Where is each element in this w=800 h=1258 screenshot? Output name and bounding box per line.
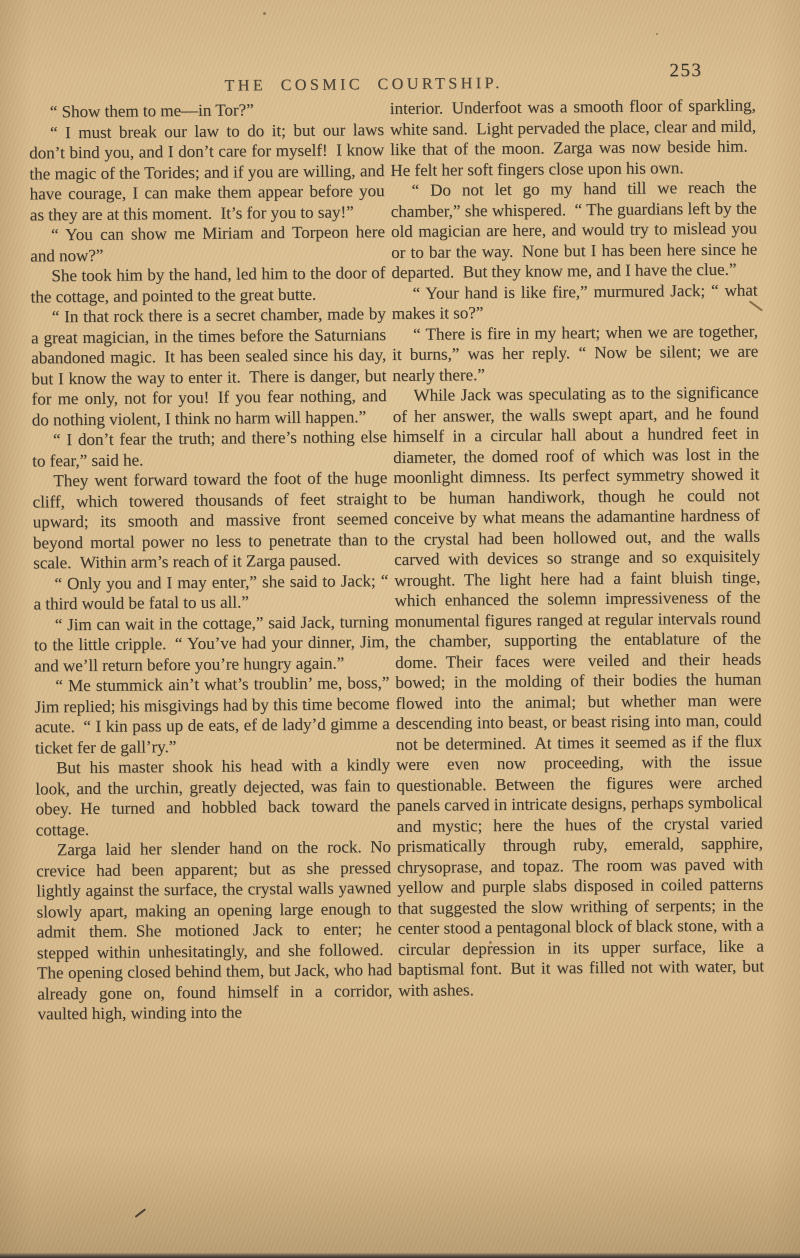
- paragraph: “ I don’t fear the truth; and there’s no…: [32, 427, 387, 471]
- paragraph: She took him by the hand, led him to the…: [30, 263, 385, 307]
- paragraph: “ Your hand is like fire,” murmured Jack…: [392, 280, 758, 325]
- paragraph: “ There is fire in my heart; when we are…: [392, 321, 759, 386]
- speck: [489, 941, 492, 944]
- speck: [263, 12, 266, 15]
- paragraph: interior. Underfoot was a smooth floor o…: [390, 96, 757, 182]
- page-header: THE COSMIC COURTSHIP. 253: [28, 59, 755, 103]
- paragraph: “ Jim can wait in the cottage,” said Jac…: [34, 612, 390, 677]
- speck: [656, 33, 658, 35]
- paragraph: “ Do not let go my hand till we reach th…: [391, 178, 758, 284]
- left-column: “ Show them to me—in Tor?”“ I must break…: [29, 99, 393, 1025]
- pen-mark: [135, 1208, 147, 1218]
- page-content: THE COSMIC COURTSHIP. 253 “ Show them to…: [28, 59, 764, 1025]
- book-page: THE COSMIC COURTSHIP. 253 “ Show them to…: [0, 0, 800, 1258]
- paragraph: “ You can show me Miriam and Torpeon her…: [30, 222, 385, 266]
- page-number: 253: [669, 60, 702, 82]
- photo-edge: [0, 1253, 800, 1258]
- text-columns: “ Show them to me—in Tor?”“ I must break…: [29, 96, 765, 1025]
- paragraph: They went forward toward the foot of the…: [32, 468, 388, 574]
- paragraph: Zarga laid her slender hand on the rock.…: [36, 837, 393, 1025]
- paragraph: While Jack was speculating as to the sig…: [393, 383, 765, 1001]
- running-title: THE COSMIC COURTSHIP.: [225, 75, 503, 96]
- paragraph: “ I must break our law to do it; but our…: [29, 120, 385, 226]
- paragraph: “ Me stummick ain’t what’s troublin’ me,…: [34, 673, 390, 758]
- paragraph: “ Only you and I may enter,” she said to…: [33, 571, 388, 615]
- right-column: interior. Underfoot was a smooth floor o…: [390, 96, 765, 1022]
- paragraph: But his master shook his head with a kin…: [35, 755, 391, 840]
- paragraph: “ In that rock there is a secret chamber…: [31, 304, 387, 430]
